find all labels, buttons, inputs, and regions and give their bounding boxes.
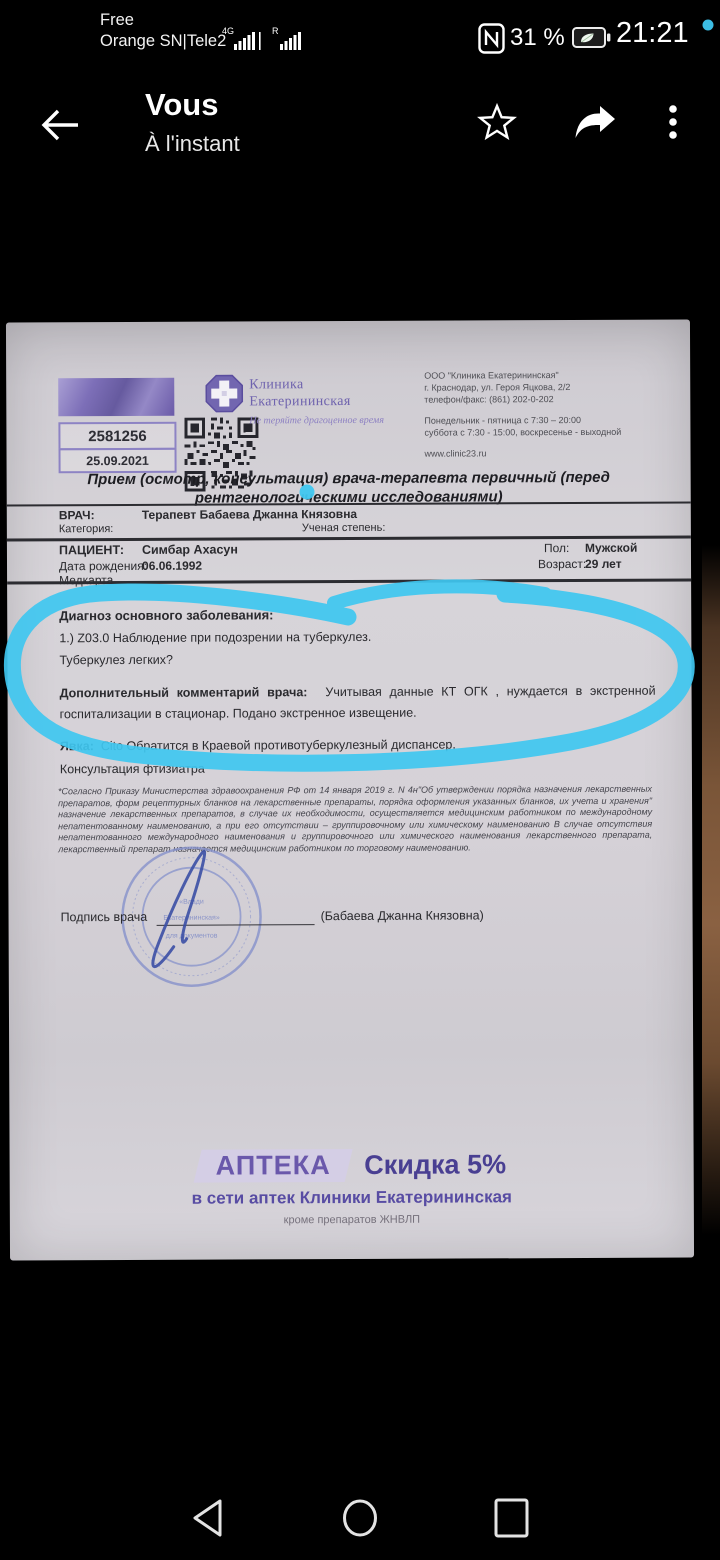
pharmacy-ad: АПТЕКАСкидка 5% в сети аптек Клиники Ека…	[10, 1148, 694, 1228]
org-line: г. Краснодар, ул. Героя Яцкова, 2/2	[424, 381, 664, 394]
pharmacy-line2: в сети аптек Клиники Екатерининская	[10, 1187, 694, 1210]
org-line: ООО "Клиника Екатерининская"	[424, 369, 664, 382]
doc-title-line1: Прием (осмотр, консультация) врача-терап…	[7, 469, 691, 489]
reg-number: 2581256	[88, 427, 146, 444]
battery-icon	[572, 27, 612, 50]
phone-screen: Free Orange SN|Tele2 4G R 31 % 21:21 Vou…	[0, 0, 720, 1560]
birth-label: Дата рождения:	[59, 559, 147, 573]
pharmacy-badge-text: АПТЕКА	[215, 1150, 330, 1182]
reg-date-box: 25.09.2021	[59, 448, 177, 474]
clinic-logo-icon	[204, 373, 244, 413]
nav-home-icon[interactable]	[338, 1496, 382, 1540]
signal-icon-2: R	[272, 24, 306, 54]
patient-value: Симбар Ахасун	[142, 542, 238, 556]
visit-text: Cito Обратится в Краевой противотуберкул…	[101, 738, 456, 754]
carrier-line1: Free	[100, 10, 226, 31]
signature-name: (Бабаева Джанна Князовна)	[321, 908, 484, 923]
clinic-name-line2: Екатерининская	[249, 393, 350, 410]
doctor-signature	[128, 826, 239, 986]
clinic-banner	[58, 378, 174, 417]
pharmacy-discount: Скидка 5%	[364, 1149, 506, 1180]
pharmacy-badge: АПТЕКА	[193, 1149, 352, 1183]
org-line: Понедельник - пятница с 7:30 – 20:00	[424, 414, 664, 427]
org-website: www.clinic23.ru	[425, 447, 665, 460]
back-icon[interactable]	[36, 104, 84, 146]
clock: 21:21	[616, 17, 689, 50]
org-info: ООО "Клиника Екатерининская" г. Краснода…	[424, 369, 664, 460]
battery-percent: 31 %	[510, 24, 565, 52]
signal-icon-1: 4G	[222, 24, 264, 54]
visit-line2: Консультация фтизиатра	[60, 762, 205, 777]
diagnosis-line2: Туберкулез легких?	[59, 653, 173, 667]
birth-value: 06.06.1992	[142, 559, 202, 573]
sex-value: Мужской	[585, 541, 637, 555]
sex-label: Пол:	[544, 541, 569, 555]
pharmacy-line3: кроме препаратов ЖНВЛП	[10, 1213, 694, 1228]
page-title: Vous	[145, 87, 219, 123]
star-icon[interactable]	[476, 102, 518, 144]
nfc-icon	[478, 23, 505, 54]
doctor-comment: Дополнительный комментарий врача:Учитыва…	[60, 681, 656, 726]
age-value: 29 лет	[585, 557, 622, 571]
doctor-value: Терапевт Бабаева Джанна Князовна	[142, 507, 357, 522]
page-subtitle: À l'instant	[145, 131, 240, 157]
comment-label: Дополнительный комментарий врача:	[60, 685, 308, 700]
age-label: Возраст:	[538, 557, 586, 571]
nav-recents-icon[interactable]	[490, 1496, 534, 1540]
share-icon[interactable]	[573, 103, 617, 143]
patient-label: ПАЦИЕНТ:	[59, 543, 124, 557]
document-photo[interactable]: 2581256 25.09.2021	[6, 320, 694, 1261]
reg-number-box: 2581256	[58, 422, 176, 451]
clinic-slogan: Не теряйте драгоценное время	[249, 415, 384, 427]
signal2-label: R	[272, 26, 279, 36]
org-line: телефон/факс: (861) 202-0-202	[424, 393, 664, 406]
category-label: Категория:	[59, 523, 114, 535]
reg-date: 25.09.2021	[86, 453, 149, 467]
signal1-label: 4G	[222, 26, 234, 36]
doctor-label: ВРАЧ:	[59, 508, 95, 522]
diagnosis-heading: Диагноз основного заболевания:	[59, 607, 273, 623]
carrier-line2: Orange SN|Tele2	[100, 31, 226, 52]
pen-dot-corner	[703, 20, 714, 31]
org-line: суббота с 7:30 - 15:00, воскресенье - вы…	[424, 426, 664, 439]
clinic-name-line1: Клиника	[249, 376, 350, 393]
clinic-name: Клиника Екатерининская	[249, 376, 351, 410]
visit-label: Явка:	[60, 739, 94, 753]
degree-label: Ученая степень:	[302, 522, 386, 534]
diagnosis-line1: 1.) Z03.0 Наблюдение при подозрении на т…	[59, 630, 371, 645]
carrier-text: Free Orange SN|Tele2	[100, 10, 226, 52]
table-surface	[702, 545, 720, 1235]
visit-line: Явка: Cito Обратится в Краевой противоту…	[60, 738, 456, 754]
menu-icon[interactable]	[666, 103, 680, 143]
nav-back-icon[interactable]	[186, 1496, 230, 1540]
